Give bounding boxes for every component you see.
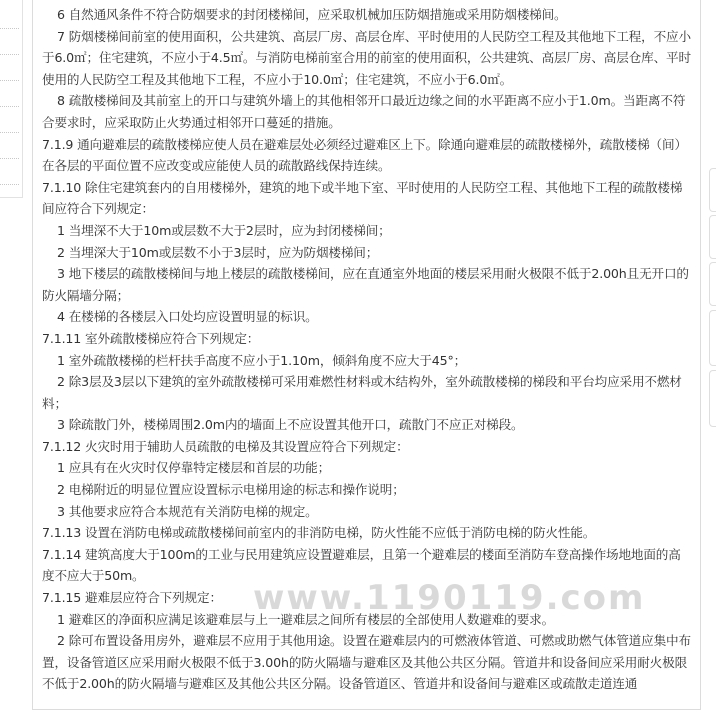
sidebar-separator xyxy=(0,132,19,133)
paragraph: 1 应具有在火灾时仅停靠特定楼层和首层的功能； xyxy=(42,457,692,479)
paragraph: 7 防烟楼梯间前室的使用面积，公共建筑、高层厂房、高层仓库、平时使用的人民防空工… xyxy=(42,26,692,91)
paragraph: 6 自然通风条件不符合防烟要求的封闭楼梯间，应采取机械加压防烟措施或采用防烟楼梯… xyxy=(42,4,692,26)
sidebar-separator xyxy=(0,54,19,55)
paragraph: 1 当埋深不大于10m或层数不大于2层时，应为封闭楼梯间； xyxy=(42,220,692,242)
paragraph: 2 除3层及3层以下建筑的室外疏散楼梯可采用难燃性材料或木结构外，室外疏散楼梯的… xyxy=(42,371,692,414)
paragraph: 1 避难区的净面积应满足该避难层与上一避难层之间所有楼层的全部使用人数避难的要求… xyxy=(42,609,692,631)
article-body: 6 自然通风条件不符合防烟要求的封闭楼梯间，应采取机械加压防烟措施或采用防烟楼梯… xyxy=(42,4,692,695)
paragraph: 1 室外疏散楼梯的栏杆扶手高度不应小于1.10m，倾斜角度不应大于45°； xyxy=(42,350,692,372)
toolbar-button[interactable] xyxy=(709,370,716,427)
paragraph: 3 其他要求应符合本规范有关消防电梯的规定。 xyxy=(42,501,692,523)
paragraph: 7.1.14 建筑高度大于100m的工业与民用建筑应设置避难层，且第一个避难层的… xyxy=(42,544,692,587)
paragraph: 4 在楼梯的各楼层入口处均应设置明显的标识。 xyxy=(42,306,692,328)
paragraph: 2 电梯附近的明显位置应设置标示电梯用途的标志和操作说明； xyxy=(42,479,692,501)
paragraph: 8 疏散楼梯间及其前室上的开口与建筑外墙上的其他相邻开口最近边缘之间的水平距离不… xyxy=(42,90,692,133)
sidebar-separator xyxy=(0,158,19,159)
paragraph: 7.1.15 避难层应符合下列规定： xyxy=(42,587,692,609)
paragraph: 7.1.10 除住宅建筑套内的自用楼梯外，建筑的地下或半地下室、平时使用的人民防… xyxy=(42,177,692,220)
paragraph: 3 除疏散门外，楼梯周围2.0m内的墙面上不应设置其他开口，疏散门不应正对梯段。 xyxy=(42,414,692,436)
paragraph: 2 除可布置设备用房外，避难层不应用于其他用途。设置在避难层内的可燃液体管道、可… xyxy=(42,630,692,695)
toolbar-button[interactable] xyxy=(709,168,716,212)
sidebar-separator xyxy=(0,184,19,185)
paragraph: 2 当埋深大于10m或层数不小于3层时，应为防烟楼梯间； xyxy=(42,242,692,264)
paragraph: 3 地下楼层的疏散楼梯间与地上楼层的疏散楼梯间，应在直通室外地面的楼层采用耐火极… xyxy=(42,263,692,306)
paragraph: 7.1.11 室外疏散楼梯应符合下列规定： xyxy=(42,328,692,350)
left-sidebar-panel xyxy=(0,0,23,198)
sidebar-separator xyxy=(0,106,19,107)
toolbar-button[interactable] xyxy=(709,310,716,366)
toolbar-button[interactable] xyxy=(709,215,716,259)
paragraph: 7.1.12 火灾时用于辅助人员疏散的电梯及其设置应符合下列规定： xyxy=(42,436,692,458)
toolbar-button[interactable] xyxy=(709,262,716,306)
floating-toolbar xyxy=(709,0,716,715)
paragraph: 7.1.9 通向避难层的疏散楼梯应使人员在避难层处必须经过避难区上下。除通向避难… xyxy=(42,134,692,177)
article-content: 6 自然通风条件不符合防烟要求的封闭楼梯间，应采取机械加压防烟措施或采用防烟楼梯… xyxy=(32,0,701,710)
sidebar-separator xyxy=(0,80,19,81)
sidebar-separator xyxy=(0,28,19,29)
paragraph: 7.1.13 设置在消防电梯或疏散楼梯间前室内的非消防电梯，防火性能不应低于消防… xyxy=(42,522,692,544)
